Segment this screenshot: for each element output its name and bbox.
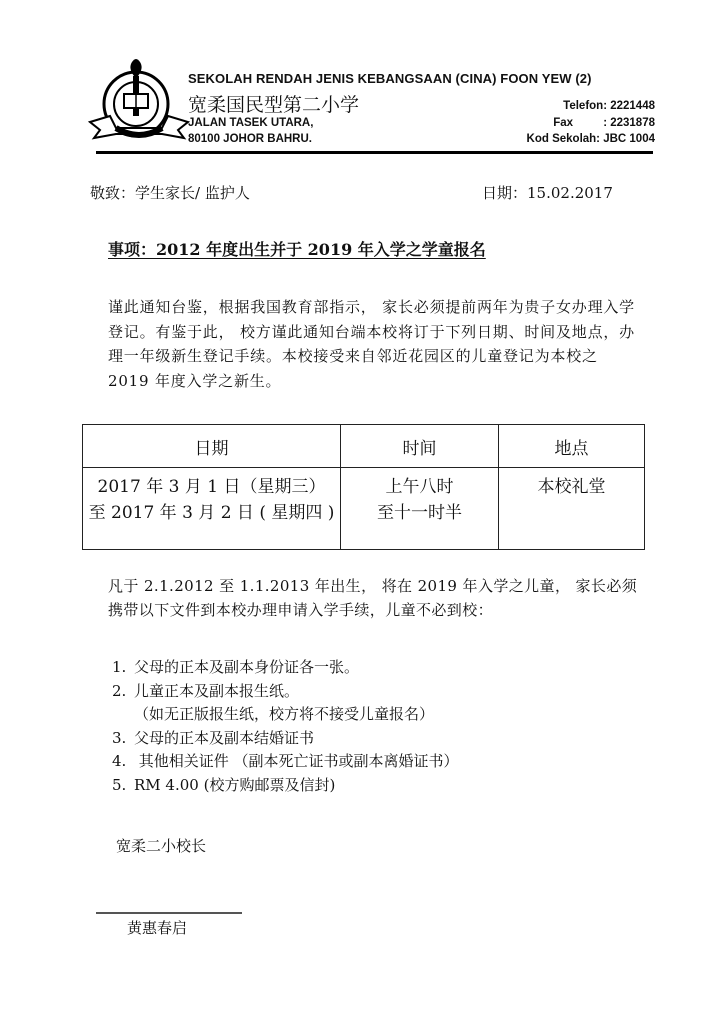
list-item-note: （如无正版报生纸，校方将不接受儿童报名） [112,703,459,727]
fax-label: Fax [553,117,603,129]
time-line-1: 上午八时 [342,474,497,500]
school-name-chinese: 宽柔国民型第二小学 [188,90,359,117]
recipient: 敬致：学生家长/ 监护人 [90,182,250,203]
time-line-2: 至十一时半 [342,500,497,526]
school-code: Kod Sekolah: JBC 1004 [527,133,655,145]
fax: Fax: 2231878 [553,117,655,129]
signatory-title: 宽柔二小校长 [116,835,206,856]
signatory-name: 黄惠春启 [127,917,187,938]
registration-schedule-table: 日期 时间 地点 2017 年 3 月 1 日（星期三） 至 2017 年 3 … [82,424,645,550]
date-line-2: 至 2017 年 3 月 2 日 ( 星期四 ) [84,500,339,526]
telephone: Telefon: 2221448 [563,100,655,112]
header-time: 时间 [341,425,499,468]
list-item: 1.父母的正本及副本身份证各一张。 [112,656,459,680]
address-line-1: JALAN TASEK UTARA, [188,117,313,129]
eligibility-paragraph: 凡于 2.1.2012 至 1.1.2013 年出生， 将在 2019 年入学之… [108,574,648,622]
cell-date: 2017 年 3 月 1 日（星期三） 至 2017 年 3 月 2 日 ( 星… [83,468,341,550]
subject-heading: 事项：2012 年度出生并于 2019 年入学之学童报名 [108,237,486,260]
list-item: 2.儿童正本及副本报生纸。 [112,680,459,704]
header-venue: 地点 [499,425,645,468]
fax-value: : 2231878 [603,117,655,129]
required-documents-list: 1.父母的正本及副本身份证各一张。 2.儿童正本及副本报生纸。 （如无正版报生纸… [112,656,459,797]
school-crest-icon [86,56,192,152]
cell-venue: 本校礼堂 [499,468,645,550]
list-item: 5.RM 4.00 (校方购邮票及信封) [112,774,459,798]
cell-time: 上午八时 至十一时半 [341,468,499,550]
date-line-1: 2017 年 3 月 1 日（星期三） [84,474,339,500]
header-date: 日期 [83,425,341,468]
header-divider [96,151,653,154]
letter-date: 日期：15.02.2017 [482,182,613,203]
list-item: 3.父母的正本及副本结婚证书 [112,727,459,751]
intro-paragraph: 谨此通知台鉴，根据我国教育部指示， 家长必须提前两年为贵子女办理入学登记。有鉴于… [108,295,638,393]
table-row: 2017 年 3 月 1 日（星期三） 至 2017 年 3 月 2 日 ( 星… [83,468,645,550]
signature-line [96,912,242,914]
table-header-row: 日期 时间 地点 [83,425,645,468]
list-item: 4. 其他相关证件 （副本死亡证书或副本离婚证书） [112,750,459,774]
address-line-2: 80100 JOHOR BAHRU. [188,133,312,145]
school-name-malay: SEKOLAH RENDAH JENIS KEBANGSAAN (CINA) F… [188,71,592,86]
